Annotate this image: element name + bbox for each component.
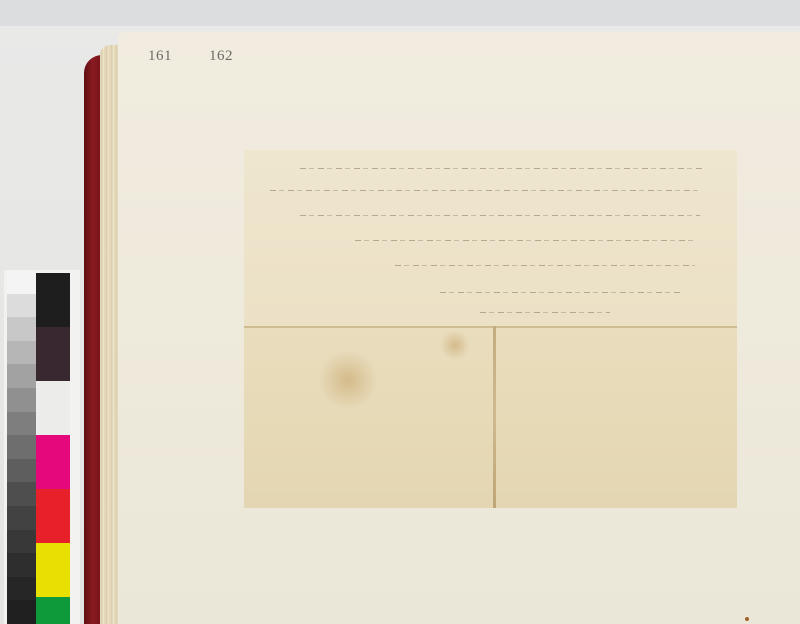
gray-step [7, 270, 37, 294]
gray-step [7, 294, 37, 318]
horizontal-fold-line [244, 326, 737, 328]
page-number-left: 161 [148, 48, 172, 65]
gray-step [7, 317, 37, 341]
manuscript-lower-panel [244, 326, 737, 508]
manuscript-letter [244, 150, 737, 347]
gray-step [7, 435, 37, 459]
scanner-top-band [0, 0, 800, 26]
color-calibration-target [4, 270, 80, 624]
gray-step [7, 600, 37, 624]
water-stain [440, 330, 470, 360]
gray-step [7, 553, 37, 577]
page-number-right: 162 [209, 48, 233, 65]
gray-step [7, 388, 37, 412]
gray-step [7, 506, 37, 530]
color-patch [36, 435, 70, 489]
gray-step [7, 482, 37, 506]
vertical-fold-line [493, 326, 496, 508]
gray-step [7, 364, 37, 388]
color-patch [36, 543, 70, 597]
gray-step [7, 459, 37, 483]
color-patch-strip [36, 273, 70, 624]
water-stain [318, 350, 378, 410]
gray-step [7, 577, 37, 601]
color-patch [36, 327, 70, 381]
grayscale-strip [7, 270, 37, 624]
gray-step [7, 341, 37, 365]
color-patch [36, 489, 70, 543]
ink-speck [745, 617, 749, 621]
color-patch [36, 597, 70, 624]
color-patch [36, 273, 70, 327]
gray-step [7, 412, 37, 436]
gray-step [7, 530, 37, 554]
color-patch [36, 381, 70, 435]
